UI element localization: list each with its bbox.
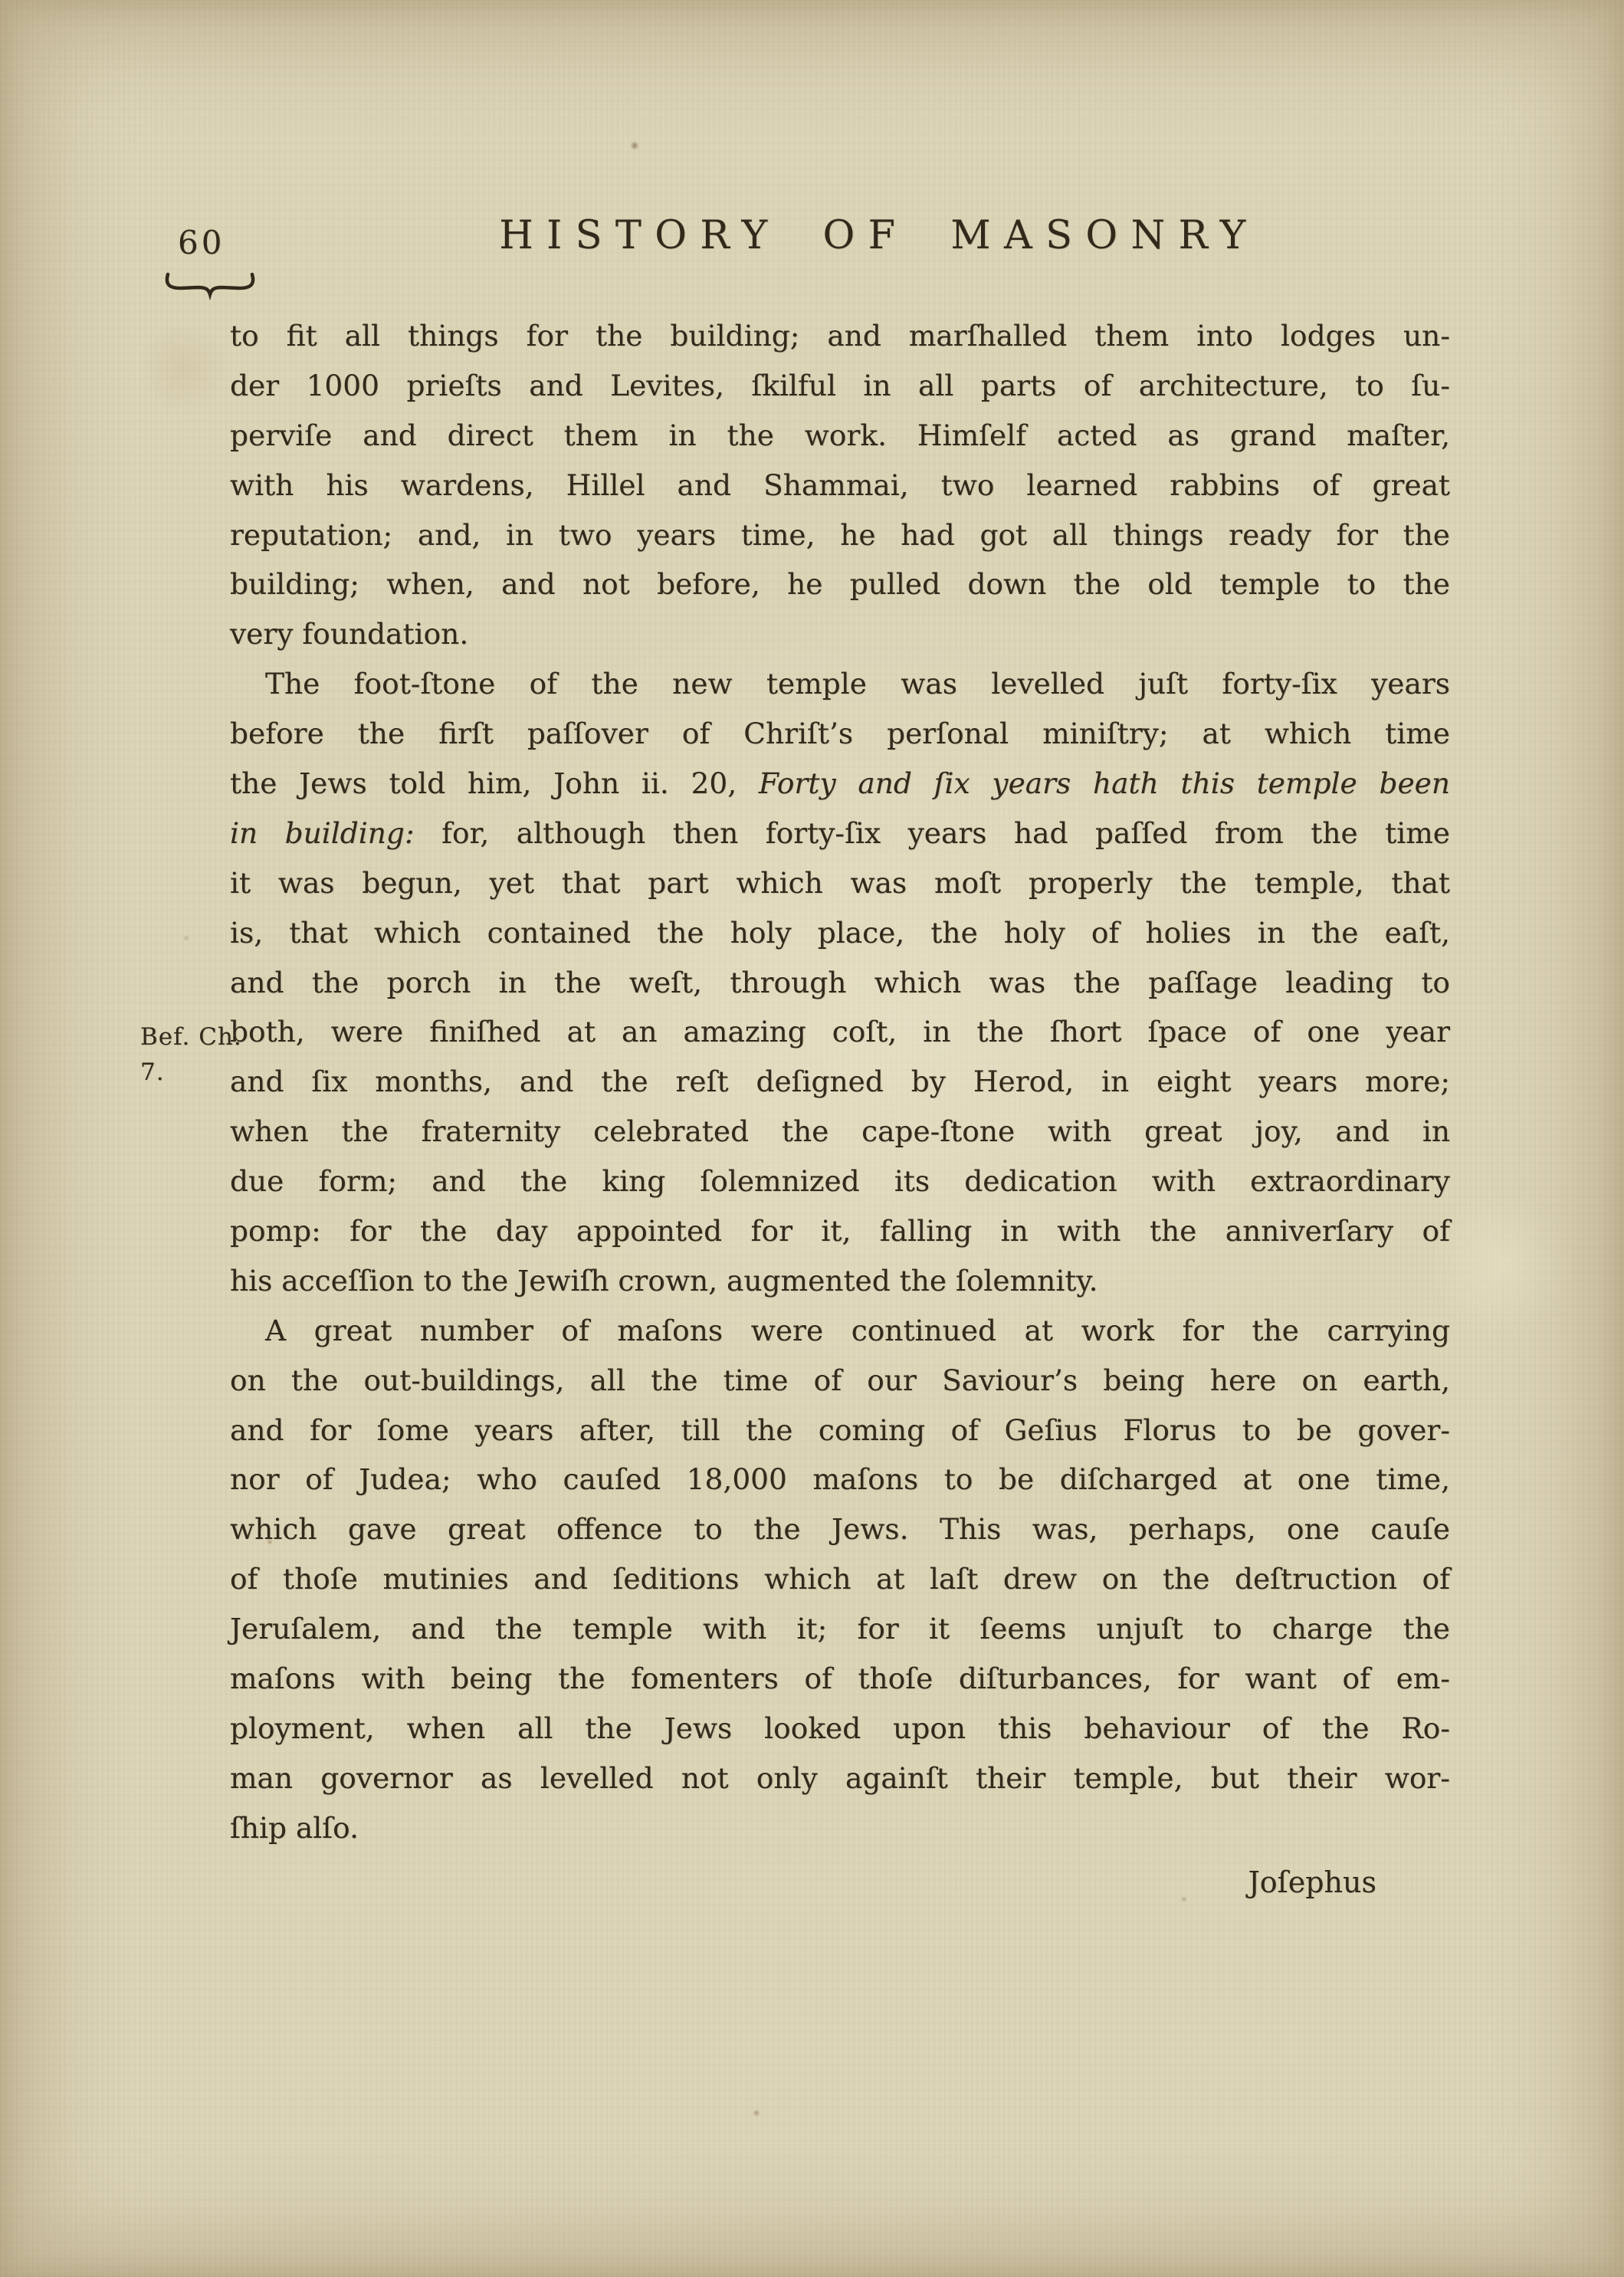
text-line: both, were finiſhed at an amazing coſt, …	[230, 1007, 1450, 1057]
roman-text: and ſix months, and the reſt deſigned by…	[230, 1065, 1450, 1098]
margin-note: Bef. Ch. 7.	[140, 1019, 242, 1090]
text-line: Jeruſalem, and the temple with it; for i…	[230, 1604, 1450, 1654]
text-line: to fit all things for the building; and …	[230, 311, 1450, 361]
roman-text: man governor as levelled not only againſ…	[230, 1761, 1450, 1795]
roman-text: The foot-ſtone of the new temple was lev…	[265, 667, 1450, 700]
text-line: very foundation.	[230, 609, 1450, 659]
roman-text: ployment, when all the Jews looked upon …	[230, 1711, 1450, 1745]
text-line: reputation; and, in two years time, he h…	[230, 510, 1450, 560]
text-line: is, that which contained the holy place,…	[230, 908, 1450, 958]
roman-text: is, that which contained the holy place,…	[230, 916, 1450, 950]
italic-text: Forty and ſix years hath this temple bee…	[759, 766, 1450, 800]
margin-note-line: 7.	[140, 1055, 242, 1090]
text-line: of thoſe mutinies and ſeditions which at…	[230, 1554, 1450, 1604]
roman-text: nor of Judea; who cauſed 18,000 maſons t…	[230, 1462, 1450, 1496]
roman-text: the Jews told him, John ii. 20,	[230, 766, 759, 800]
text-line: A great number of maſons were continued …	[230, 1306, 1450, 1356]
text-line: ſhip alſo.	[230, 1803, 1450, 1853]
text-line: building; when, and not before, he pulle…	[230, 559, 1450, 609]
roman-text: building; when, and not before, he pulle…	[230, 567, 1450, 601]
text-line: nor of Judea; who cauſed 18,000 maſons t…	[230, 1455, 1450, 1504]
text-line: on the out-buildings, all the time of ou…	[230, 1356, 1450, 1406]
text-line: it was begun, yet that part which was mo…	[230, 858, 1450, 908]
text-line: and the porch in the weſt, through which…	[230, 958, 1450, 1008]
roman-text: with his wardens, Hillel and Shammai, tw…	[230, 468, 1450, 502]
roman-text: for, although then forty-ſix years had p…	[415, 816, 1450, 850]
body-text: to fit all things for the building; and …	[230, 311, 1450, 1853]
roman-text: of thoſe mutinies and ſeditions which at…	[230, 1562, 1450, 1596]
text-line: ployment, when all the Jews looked upon …	[230, 1704, 1450, 1754]
roman-text: before the firſt paſſover of Chriſt’s pe…	[230, 717, 1450, 750]
roman-text: his acceſſion to the Jewiſh crown, augme…	[230, 1264, 1098, 1298]
text-line: which gave great offence to the Jews. Th…	[230, 1504, 1450, 1554]
text-line: due form; and the king ſolemnized its de…	[230, 1157, 1450, 1206]
text-line: perviſe and direct them in the work. Him…	[230, 411, 1450, 461]
text-line: maſons with being the fomenters of thoſe…	[230, 1654, 1450, 1704]
page-number: 60	[178, 224, 225, 261]
text-line: der 1000 prieſts and Levites, ſkilful in…	[230, 361, 1450, 411]
page-number-brace	[162, 267, 259, 300]
roman-text: due form; and the king ſolemnized its de…	[230, 1164, 1450, 1198]
text-line: when the fraternity celebrated the cape-…	[230, 1107, 1450, 1157]
brace-icon	[162, 267, 259, 300]
roman-text: A great number of maſons were continued …	[265, 1314, 1450, 1347]
roman-text: ſhip alſo.	[230, 1811, 359, 1845]
text-line: and ſix months, and the reſt deſigned by…	[230, 1057, 1450, 1107]
text-line: The foot-ſtone of the new temple was lev…	[230, 659, 1450, 709]
book-page: 60 HISTORY OF MASONRY to fit all things …	[0, 0, 1624, 2277]
running-title: HISTORY OF MASONRY	[270, 213, 1488, 258]
roman-text: it was begun, yet that part which was mo…	[230, 866, 1450, 900]
text-line: his acceſſion to the Jewiſh crown, augme…	[230, 1256, 1450, 1306]
text-line: man governor as levelled not only againſ…	[230, 1754, 1450, 1803]
roman-text: both, were finiſhed at an amazing coſt, …	[230, 1015, 1450, 1048]
roman-text: very foundation.	[230, 617, 468, 651]
text-line: and for ſome years after, till the comin…	[230, 1406, 1450, 1455]
roman-text: on the out-buildings, all the time of ou…	[230, 1363, 1450, 1397]
roman-text: pomp: for the day appointed for it, fall…	[230, 1214, 1450, 1248]
roman-text: when the fraternity celebrated the cape-…	[230, 1114, 1450, 1148]
roman-text: perviſe and direct them in the work. Him…	[230, 418, 1450, 452]
roman-text: and for ſome years after, till the comin…	[230, 1413, 1450, 1447]
roman-text: maſons with being the fomenters of thoſe…	[230, 1662, 1450, 1695]
roman-text: which gave great offence to the Jews. Th…	[230, 1512, 1450, 1546]
roman-text: reputation; and, in two years time, he h…	[230, 518, 1450, 552]
text-line: in building: for, although then forty-ſi…	[230, 809, 1450, 858]
text-line: the Jews told him, John ii. 20, Forty an…	[230, 759, 1450, 809]
margin-note-line: Bef. Ch.	[140, 1019, 242, 1055]
roman-text: to fit all things for the building; and …	[230, 319, 1450, 353]
text-line: pomp: for the day appointed for it, fall…	[230, 1206, 1450, 1256]
text-line: before the firſt paſſover of Chriſt’s pe…	[230, 709, 1450, 759]
text-line: with his wardens, Hillel and Shammai, tw…	[230, 461, 1450, 510]
catchword: Joſephus	[230, 1858, 1376, 1908]
italic-text: in building:	[230, 816, 415, 850]
roman-text: der 1000 prieſts and Levites, ſkilful in…	[230, 369, 1450, 402]
roman-text: and the porch in the weſt, through which…	[230, 966, 1450, 999]
roman-text: Jeruſalem, and the temple with it; for i…	[230, 1612, 1450, 1645]
